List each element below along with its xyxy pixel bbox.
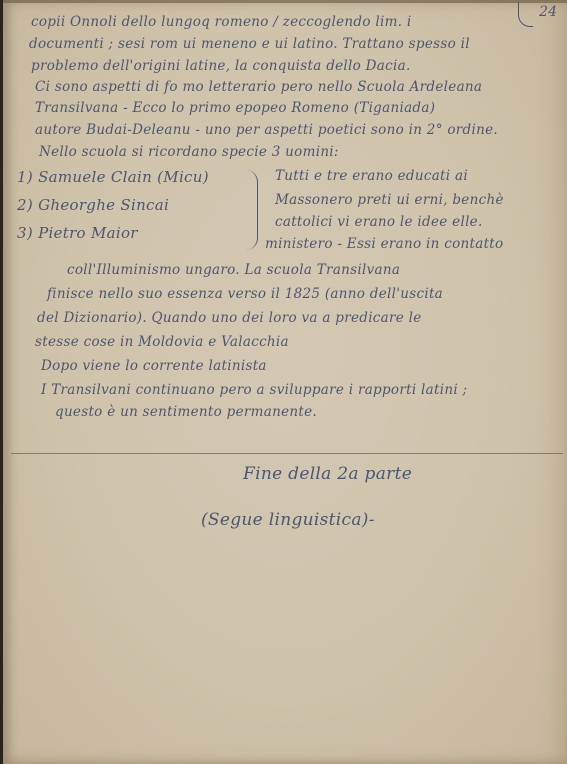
list-item: 3) Pietro Maior [17, 224, 138, 242]
horizontal-rule [11, 453, 563, 454]
text-line: del Dizionario). Quando uno dei loro va … [37, 310, 422, 326]
text-line: cattolici vi erano le idee elle. [275, 214, 483, 230]
list-number: 2) [17, 196, 33, 214]
section-end-title: Fine della 2a parte [243, 464, 412, 484]
text-line: autore Budai-Deleanu - uno per aspetti p… [35, 122, 498, 138]
page-number: 24 [539, 4, 557, 20]
list-item: 1) Samuele Clain (Micu) [17, 168, 209, 186]
list-item: 2) Gheorghe Sincai [17, 196, 169, 214]
page-top-edge [3, 0, 567, 3]
text-line: questo è un sentimento permanente. [55, 404, 317, 420]
curly-brace [243, 170, 258, 250]
document-page: 24 copii Onnoli dello lungoq romeno / ze… [3, 0, 567, 764]
text-line: Massonero preti ui erni, benchè [275, 192, 504, 208]
text-line: copii Onnoli dello lungoq romeno / zecco… [31, 14, 411, 30]
text-line: coll'Illuminismo ungaro. La scuola Trans… [67, 262, 400, 278]
text-line: I Transilvani continuano pero a sviluppa… [41, 382, 467, 398]
list-number: 3) [17, 224, 33, 242]
text-line: Transilvana - Ecco lo primo epopeo Romen… [35, 100, 435, 116]
text-line: ministero - Essi erano in contatto [265, 236, 503, 252]
section-end-subtitle: (Segue linguistica)- [201, 510, 375, 530]
text-line: stesse cose in Moldovia e Valacchia [35, 334, 289, 350]
text-line: Dopo viene lo corrente latinista [41, 358, 267, 374]
text-line: documenti ; sesi rom ui meneno e ui lati… [29, 36, 470, 52]
list-name: Gheorghe Sincai [38, 196, 169, 214]
text-line: finisce nello suo essenza verso il 1825 … [47, 286, 443, 302]
page-number-bracket [518, 2, 533, 27]
list-name: Samuele Clain (Micu) [38, 168, 209, 186]
list-name: Pietro Maior [38, 224, 138, 242]
text-line: Ci sono aspetti di fo mo letterario pero… [35, 79, 482, 95]
text-line: Tutti e tre erano educati ai [275, 168, 468, 184]
text-line: problemo dell'origini latine, la conquis… [31, 58, 411, 74]
text-line: Nello scuola si ricordano specie 3 uomin… [39, 144, 339, 160]
list-number: 1) [17, 168, 33, 186]
